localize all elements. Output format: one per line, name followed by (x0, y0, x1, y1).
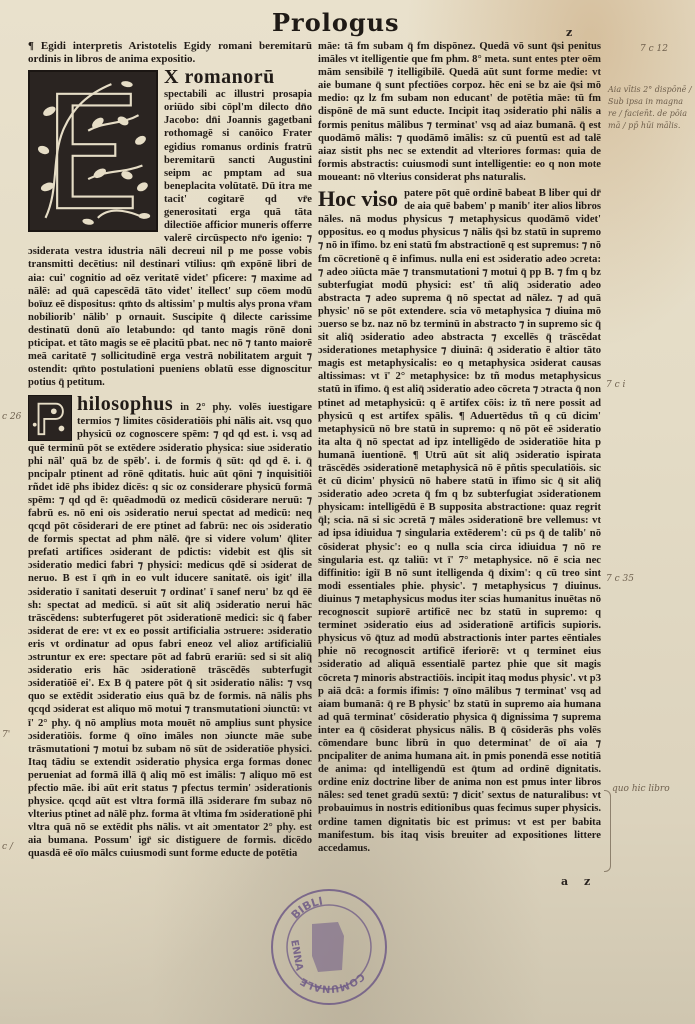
decorated-initial-e (28, 70, 158, 232)
marginal-note-text: Aia vītis 2° dispōnē / Sub ipsa in magna… (608, 84, 694, 132)
commentary-paragraph-left: in 2° phy. volēs iuestigare termios ⁊ li… (28, 402, 312, 859)
stamp-left-text: ENNA (288, 939, 304, 972)
philosophus-word: hilosophus (77, 393, 173, 415)
manuscript-page: Prologus z ¶ Egidi interpretis Aristotel… (0, 0, 695, 1024)
right-column: māe: tā fm subam q̄ fm dispōnez. Quedā v… (318, 40, 601, 855)
svg-text:BIBLI: BIBLI (289, 895, 324, 922)
decorated-initial-p (28, 395, 72, 441)
marginal-bracket (604, 790, 611, 872)
marginal-note-ref: 7' (2, 730, 10, 741)
left-column: ¶ Egidi interpretis Aristotelis Egidy ro… (28, 40, 312, 861)
commentary-paragraph-right-2: patere pōt quē ordinē babeat B liber qui… (318, 188, 601, 854)
marginal-note-ref: 7 c 35 (606, 574, 634, 585)
stamp-top-text: BIBLI (289, 895, 324, 922)
marginal-note-text: quo hic libro (612, 784, 670, 795)
treatise-heading: ¶ Egidi interpretis Aristotelis Egidy ro… (28, 40, 312, 66)
commentary-paragraph-right-1: māe: tā fm subam q̄ fm dispōnez. Quedā v… (318, 40, 601, 184)
hoc-viso-heading: Hoc viso (318, 187, 398, 211)
marginal-note-ref: c 26 (2, 412, 21, 423)
marginal-note-ref: 7 c i (606, 380, 625, 391)
stamp-bottom-text: COMUNALE (299, 970, 367, 993)
marginal-note-ref: 7 c 12 (640, 44, 668, 55)
running-title: Prologus (272, 8, 400, 37)
signature-mark-bottom: a z (561, 875, 596, 888)
svg-text:COMUNALE: COMUNALE (299, 970, 367, 993)
marginal-note-ref: c / (2, 842, 13, 853)
foliage-initial-e-icon (30, 72, 156, 230)
library-stamp-icon: BIBLI COMUNALE ENNA (268, 886, 390, 1008)
signature-mark-top: z (566, 26, 572, 39)
foliage-initial-p-icon (29, 396, 71, 440)
